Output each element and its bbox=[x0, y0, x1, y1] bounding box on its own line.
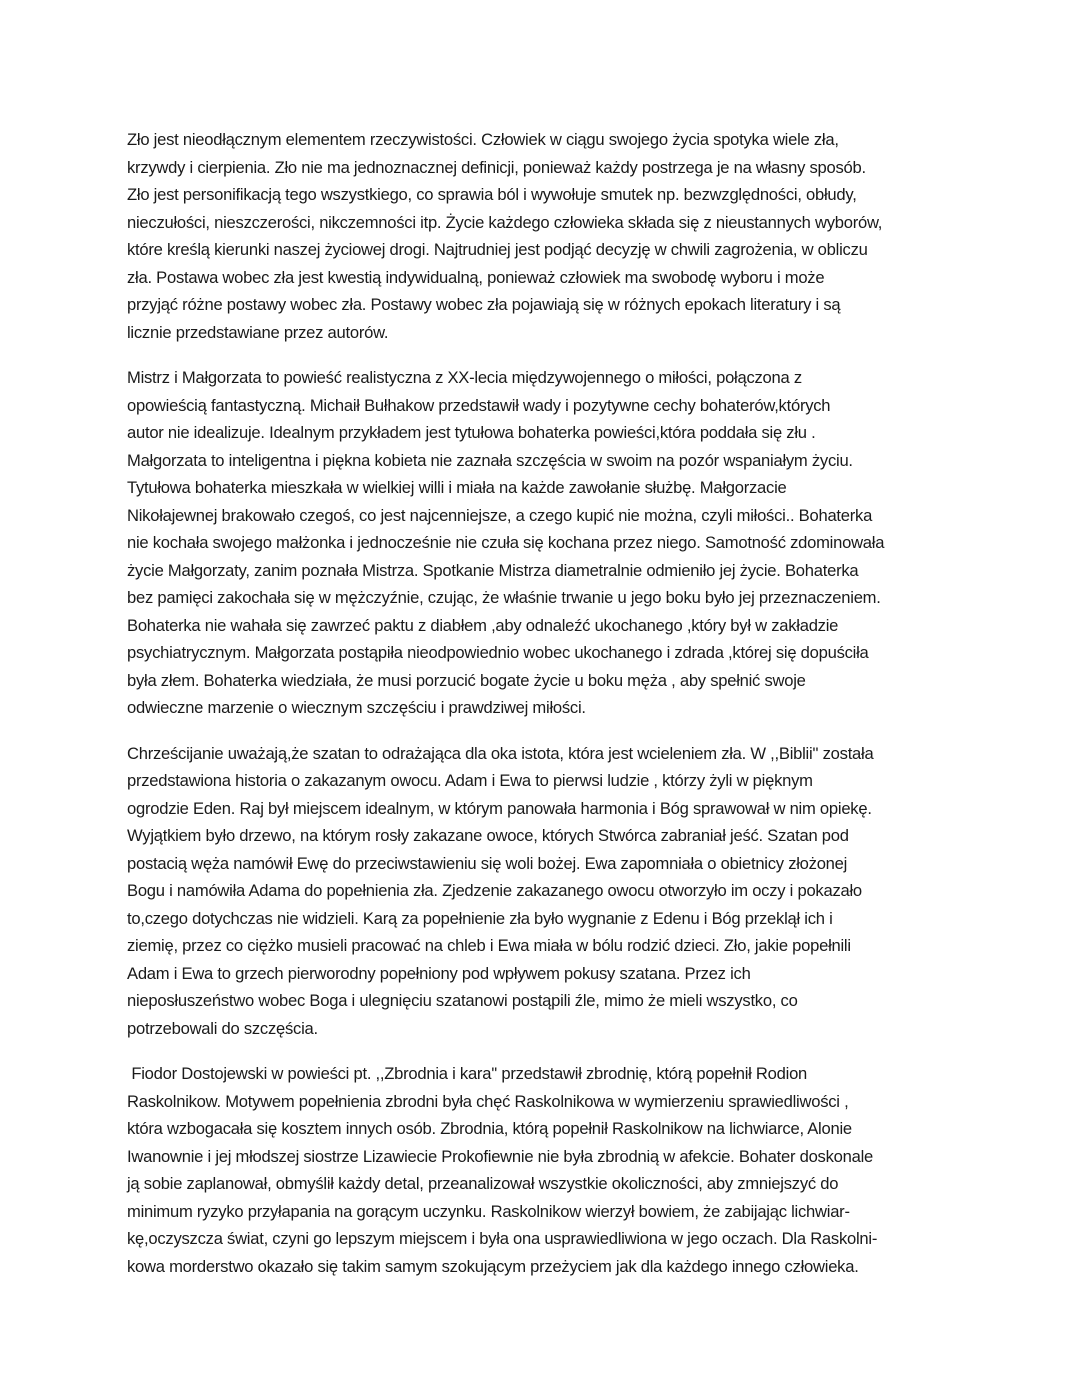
text-line: Wyjątkiem było drzewo, na którym rosły z… bbox=[127, 822, 957, 850]
text-line: bez pamięci zakochała się w mężczyźnie, … bbox=[127, 584, 957, 612]
text-line: psychiatrycznym. Małgorzata postąpiła ni… bbox=[127, 639, 957, 667]
paragraph-intro: Zło jest nieodłącznym elementem rzeczywi… bbox=[127, 126, 957, 346]
text-line: ogrodzie Eden. Raj był miejscem idealnym… bbox=[127, 795, 957, 823]
paragraph-mistrz-i-malgorzata: Mistrz i Małgorzata to powieść realistyc… bbox=[127, 364, 957, 722]
text-line: nie kochała swojego małżonka i jednocześ… bbox=[127, 529, 957, 557]
text-line: odwieczne marzenie o wiecznym szczęściu … bbox=[127, 694, 957, 722]
text-line: kowa morderstwo okazało się takim samym … bbox=[127, 1253, 957, 1281]
text-line: Zło jest nieodłącznym elementem rzeczywi… bbox=[127, 126, 957, 154]
text-line: ziemię, przez co ciężko musieli pracować… bbox=[127, 932, 957, 960]
text-line: ją sobie zaplanował, obmyślił każdy deta… bbox=[127, 1170, 957, 1198]
text-line: która wzbogacała się kosztem innych osób… bbox=[127, 1115, 957, 1143]
text-line: była złem. Bohaterka wiedziała, że musi … bbox=[127, 667, 957, 695]
text-line: zła. Postawa wobec zła jest kwestią indy… bbox=[127, 264, 957, 292]
text-line: Mistrz i Małgorzata to powieść realistyc… bbox=[127, 364, 957, 392]
text-line: krzywdy i cierpienia. Zło nie ma jednozn… bbox=[127, 154, 957, 182]
text-line: Chrześcijanie uważają,że szatan to odraż… bbox=[127, 740, 957, 768]
text-line: Bogu i namówiła Adama do popełnienia zła… bbox=[127, 877, 957, 905]
text-line: nieczułości, nieszczerości, nikczemności… bbox=[127, 209, 957, 237]
text-line: Adam i Ewa to grzech pierworodny popełni… bbox=[127, 960, 957, 988]
text-line: autor nie idealizuje. Idealnym przykłade… bbox=[127, 419, 957, 447]
text-line: Małgorzata to inteligentna i piękna kobi… bbox=[127, 447, 957, 475]
document-body: Zło jest nieodłącznym elementem rzeczywi… bbox=[127, 126, 957, 1298]
text-line: Zło jest personifikacją tego wszystkiego… bbox=[127, 181, 957, 209]
text-line: kę,oczyszcza świat, czyni go lepszym mie… bbox=[127, 1225, 957, 1253]
text-line: Tytułowa bohaterka mieszkała w wielkiej … bbox=[127, 474, 957, 502]
text-line: nieposłuszeństwo wobec Boga i ulegnięciu… bbox=[127, 987, 957, 1015]
text-line: życie Małgorzaty, zanim poznała Mistrza.… bbox=[127, 557, 957, 585]
paragraph-zbrodnia-i-kara: Fiodor Dostojewski w powieści pt. ,,Zbro… bbox=[127, 1060, 957, 1280]
text-line: które kreślą kierunki naszej życiowej dr… bbox=[127, 236, 957, 264]
text-line: Nikołajewnej brakowało czegoś, co jest n… bbox=[127, 502, 957, 530]
text-line: Raskolnikow. Motywem popełnienia zbrodni… bbox=[127, 1088, 957, 1116]
document-page: Zło jest nieodłącznym elementem rzeczywi… bbox=[0, 0, 1080, 1397]
text-line: minimum ryzyko przyłapania na gorącym uc… bbox=[127, 1198, 957, 1226]
text-line: Iwanownie i jej młodszej siostrze Lizawi… bbox=[127, 1143, 957, 1171]
text-line: Fiodor Dostojewski w powieści pt. ,,Zbro… bbox=[127, 1060, 957, 1088]
text-line: Bohaterka nie wahała się zawrzeć paktu z… bbox=[127, 612, 957, 640]
text-line: opowieścią fantastyczną. Michaił Bułhako… bbox=[127, 392, 957, 420]
text-line: to,czego dotychczas nie widzieli. Karą z… bbox=[127, 905, 957, 933]
text-line: przedstawiona historia o zakazanym owocu… bbox=[127, 767, 957, 795]
text-line: przyjąć różne postawy wobec zła. Postawy… bbox=[127, 291, 957, 319]
text-line: potrzebowali do szczęścia. bbox=[127, 1015, 957, 1043]
paragraph-biblia: Chrześcijanie uważają,że szatan to odraż… bbox=[127, 740, 957, 1043]
text-line: licznie przedstawiane przez autorów. bbox=[127, 319, 957, 347]
text-line: postacią węża namówił Ewę do przeciwstaw… bbox=[127, 850, 957, 878]
